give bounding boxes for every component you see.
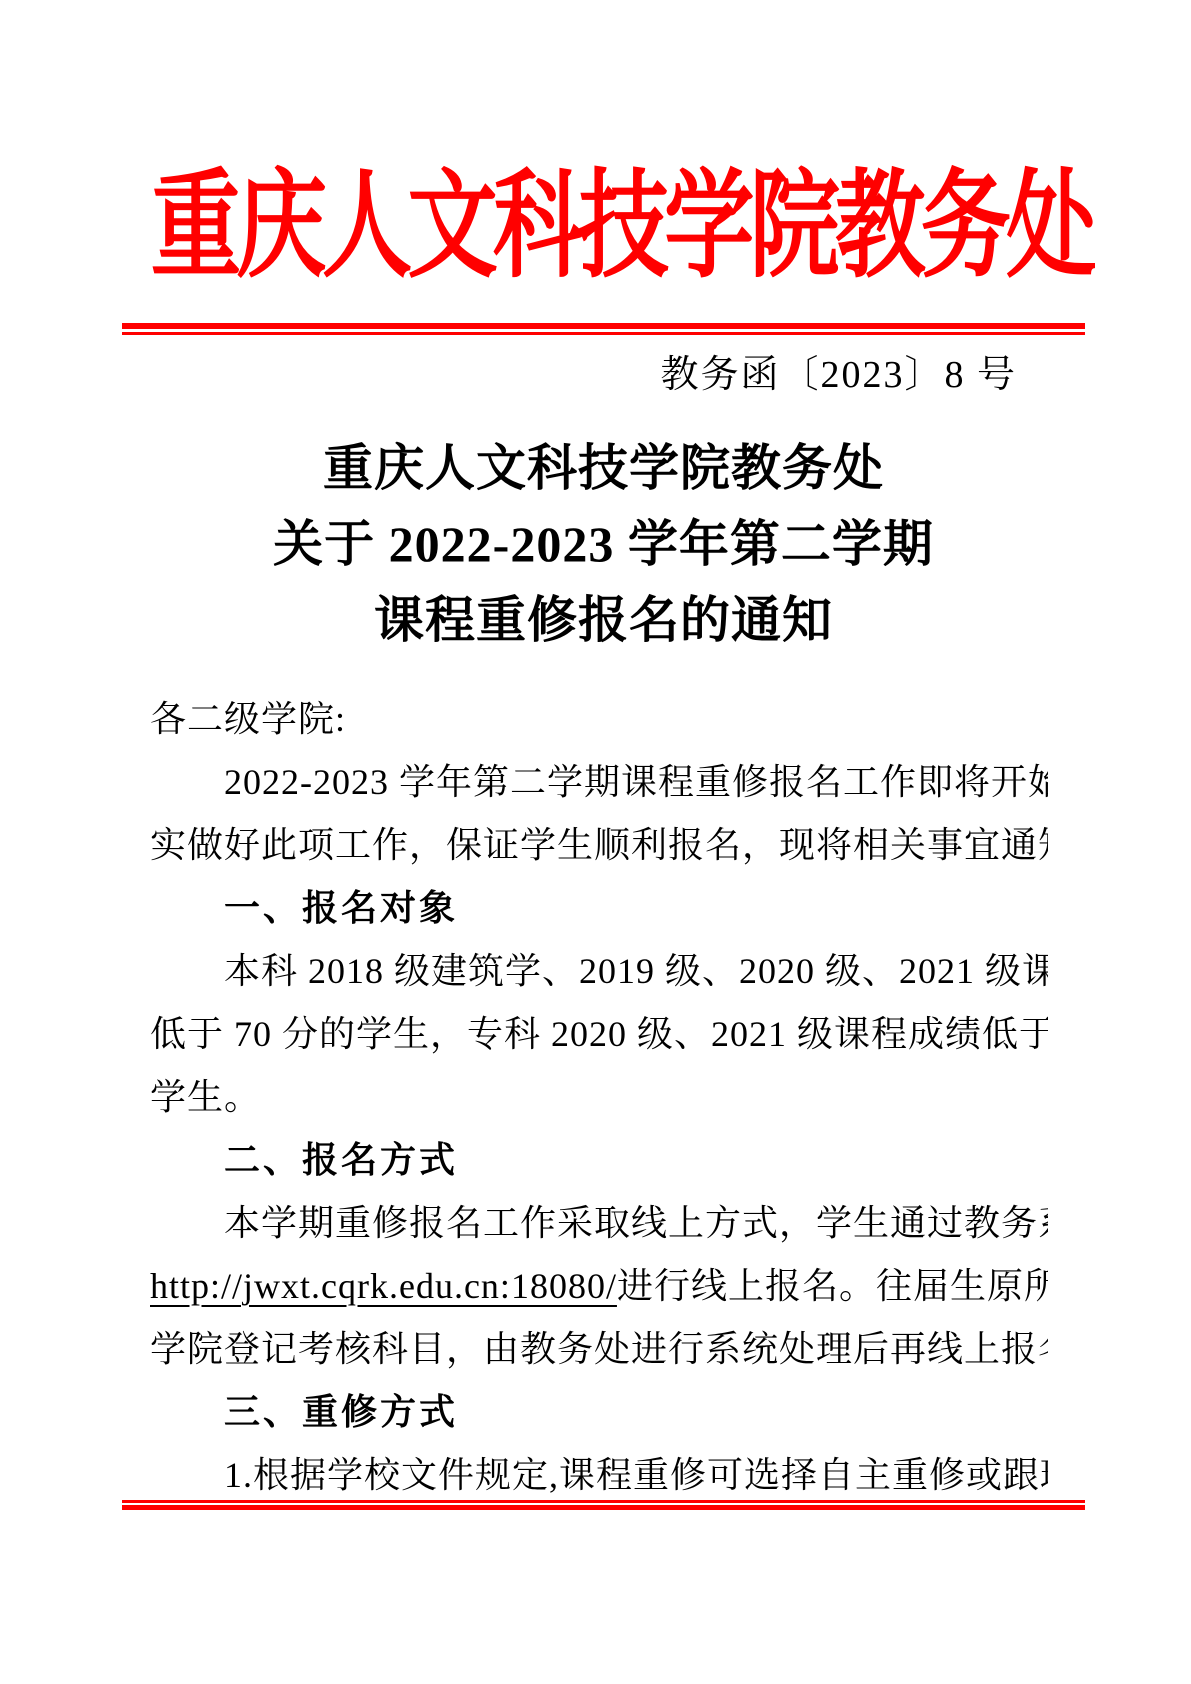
red-header-org-title: 重庆人文科技学院教务处 — [151, 142, 1056, 313]
document-number: 教务函〔2023〕8 号 — [122, 349, 1085, 401]
footer-separator-thin-line — [122, 1500, 1085, 1503]
paragraph-line: 实做好此项工作，保证学生顺利报名，现将相关事宜通知如下: — [150, 814, 1048, 877]
notice-title-line-1: 重庆人文科技学院教务处 — [122, 430, 1085, 506]
salutation-line: 各二级学院: — [150, 688, 1048, 751]
paragraph-line-with-link: http://jwxt.cqrk.edu.cn:18080/进行线上报名。往届生… — [150, 1255, 1048, 1318]
paragraph-line: 本学期重修报名工作采取线上方式，学生通过教务系统: — [150, 1192, 1048, 1255]
section-heading-1: 一、报名对象 — [150, 877, 1048, 940]
paragraph-text: 进行线上报名。往届生原所在 — [617, 1266, 1048, 1306]
notice-title-line-3: 课程重修报名的通知 — [122, 582, 1085, 658]
header-separator-thick-line — [122, 323, 1085, 329]
document-page: 重庆人文科技学院教务处 教务函〔2023〕8 号 重庆人文科技学院教务处 关于 … — [0, 0, 1191, 1684]
notice-body: 各二级学院: 2022-2023 学年第二学期课程重修报名工作即将开始。为切 实… — [150, 688, 1048, 1507]
section-heading-2: 二、报名方式 — [150, 1129, 1048, 1192]
paragraph-line: 1.根据学校文件规定,课程重修可选择自主重修或跟班重修 — [150, 1444, 1048, 1507]
footer-separator-thick-line — [122, 1505, 1085, 1510]
notice-title-line-2: 关于 2022-2023 学年第二学期 — [122, 506, 1085, 582]
registration-system-link[interactable]: http://jwxt.cqrk.edu.cn:18080/ — [150, 1266, 617, 1306]
section-heading-3: 三、重修方式 — [150, 1381, 1048, 1444]
header-separator-thin-line — [122, 332, 1085, 335]
paragraph-line: 低于 70 分的学生，专科 2020 级、2021 级课程成绩低于 70 分的 — [150, 1003, 1048, 1066]
paragraph-line: 学院登记考核科目，由教务处进行系统处理后再线上报名。 — [150, 1318, 1048, 1381]
notice-title: 重庆人文科技学院教务处 关于 2022-2023 学年第二学期 课程重修报名的通… — [122, 430, 1085, 658]
paragraph-line: 本科 2018 级建筑学、2019 级、2020 级、2021 级课程成绩 — [150, 940, 1048, 1003]
paragraph-line: 学生。 — [150, 1066, 1048, 1129]
paragraph-line: 2022-2023 学年第二学期课程重修报名工作即将开始。为切 — [150, 751, 1048, 814]
